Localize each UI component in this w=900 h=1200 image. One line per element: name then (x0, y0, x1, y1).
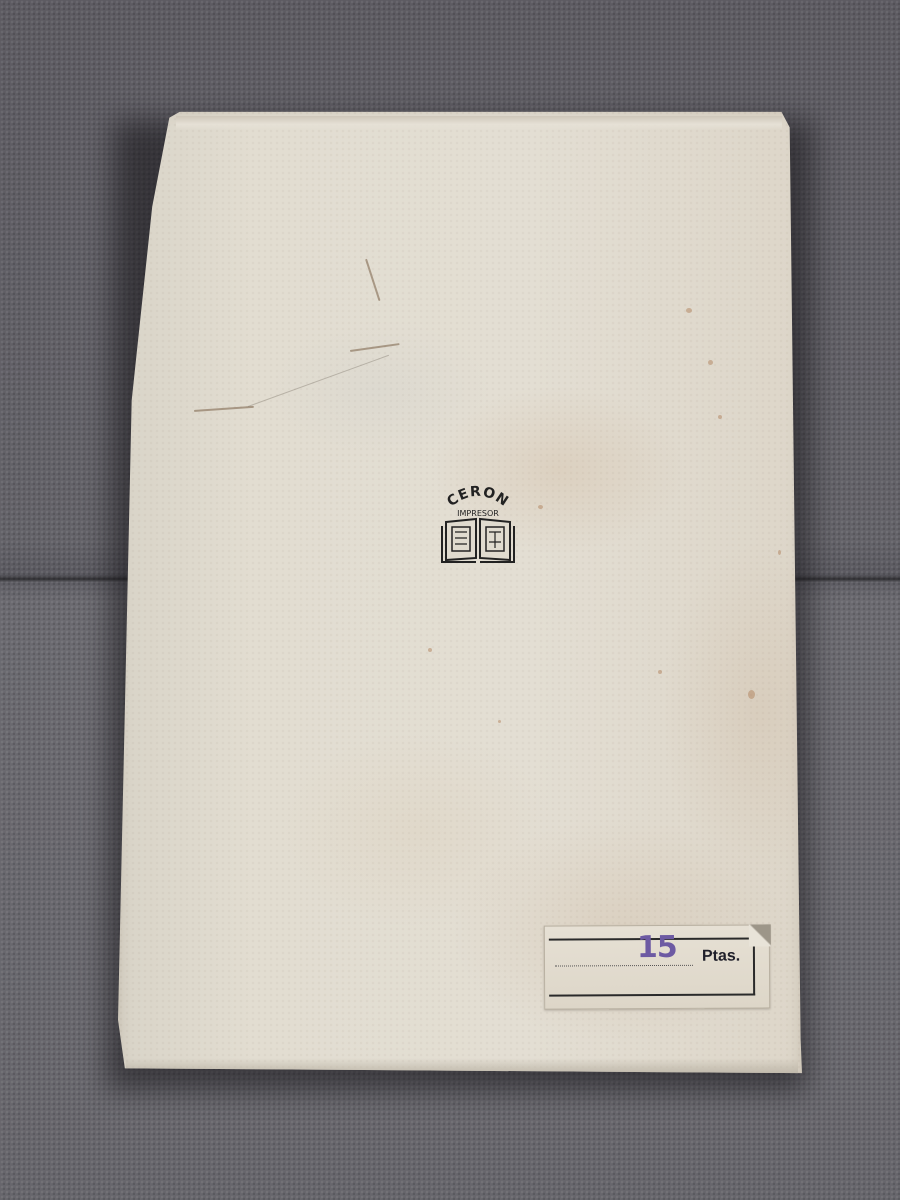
foxing-spot (428, 648, 432, 652)
book-back-cover: CERON IMPRESOR 15 Ptas. (118, 110, 802, 1078)
foxing-spot (498, 720, 501, 723)
foxing-spot (718, 415, 722, 419)
foxing-spot (686, 308, 692, 313)
label-folded-corner (749, 924, 771, 946)
foxing-spot (748, 690, 755, 699)
publisher-logo: CERON IMPRESOR (440, 482, 516, 564)
foxing-spot (538, 505, 543, 509)
crease-mark (350, 343, 400, 352)
open-book-icon (442, 519, 514, 562)
price-unit: Ptas. (702, 948, 740, 966)
crease-mark (365, 259, 380, 301)
foxing-spot (778, 550, 781, 555)
crease-mark (194, 406, 254, 412)
price-value: 15 (637, 930, 677, 965)
logo-title: CERON (444, 484, 511, 510)
foxing-spot (658, 670, 662, 674)
crease-mark (248, 355, 389, 407)
cover-top-edge (176, 116, 782, 130)
svg-text:CERON: CERON (444, 484, 511, 510)
foxing-spot (708, 360, 713, 365)
logo-subtitle: IMPRESOR (457, 509, 499, 518)
price-label: 15 Ptas. (544, 924, 770, 1009)
